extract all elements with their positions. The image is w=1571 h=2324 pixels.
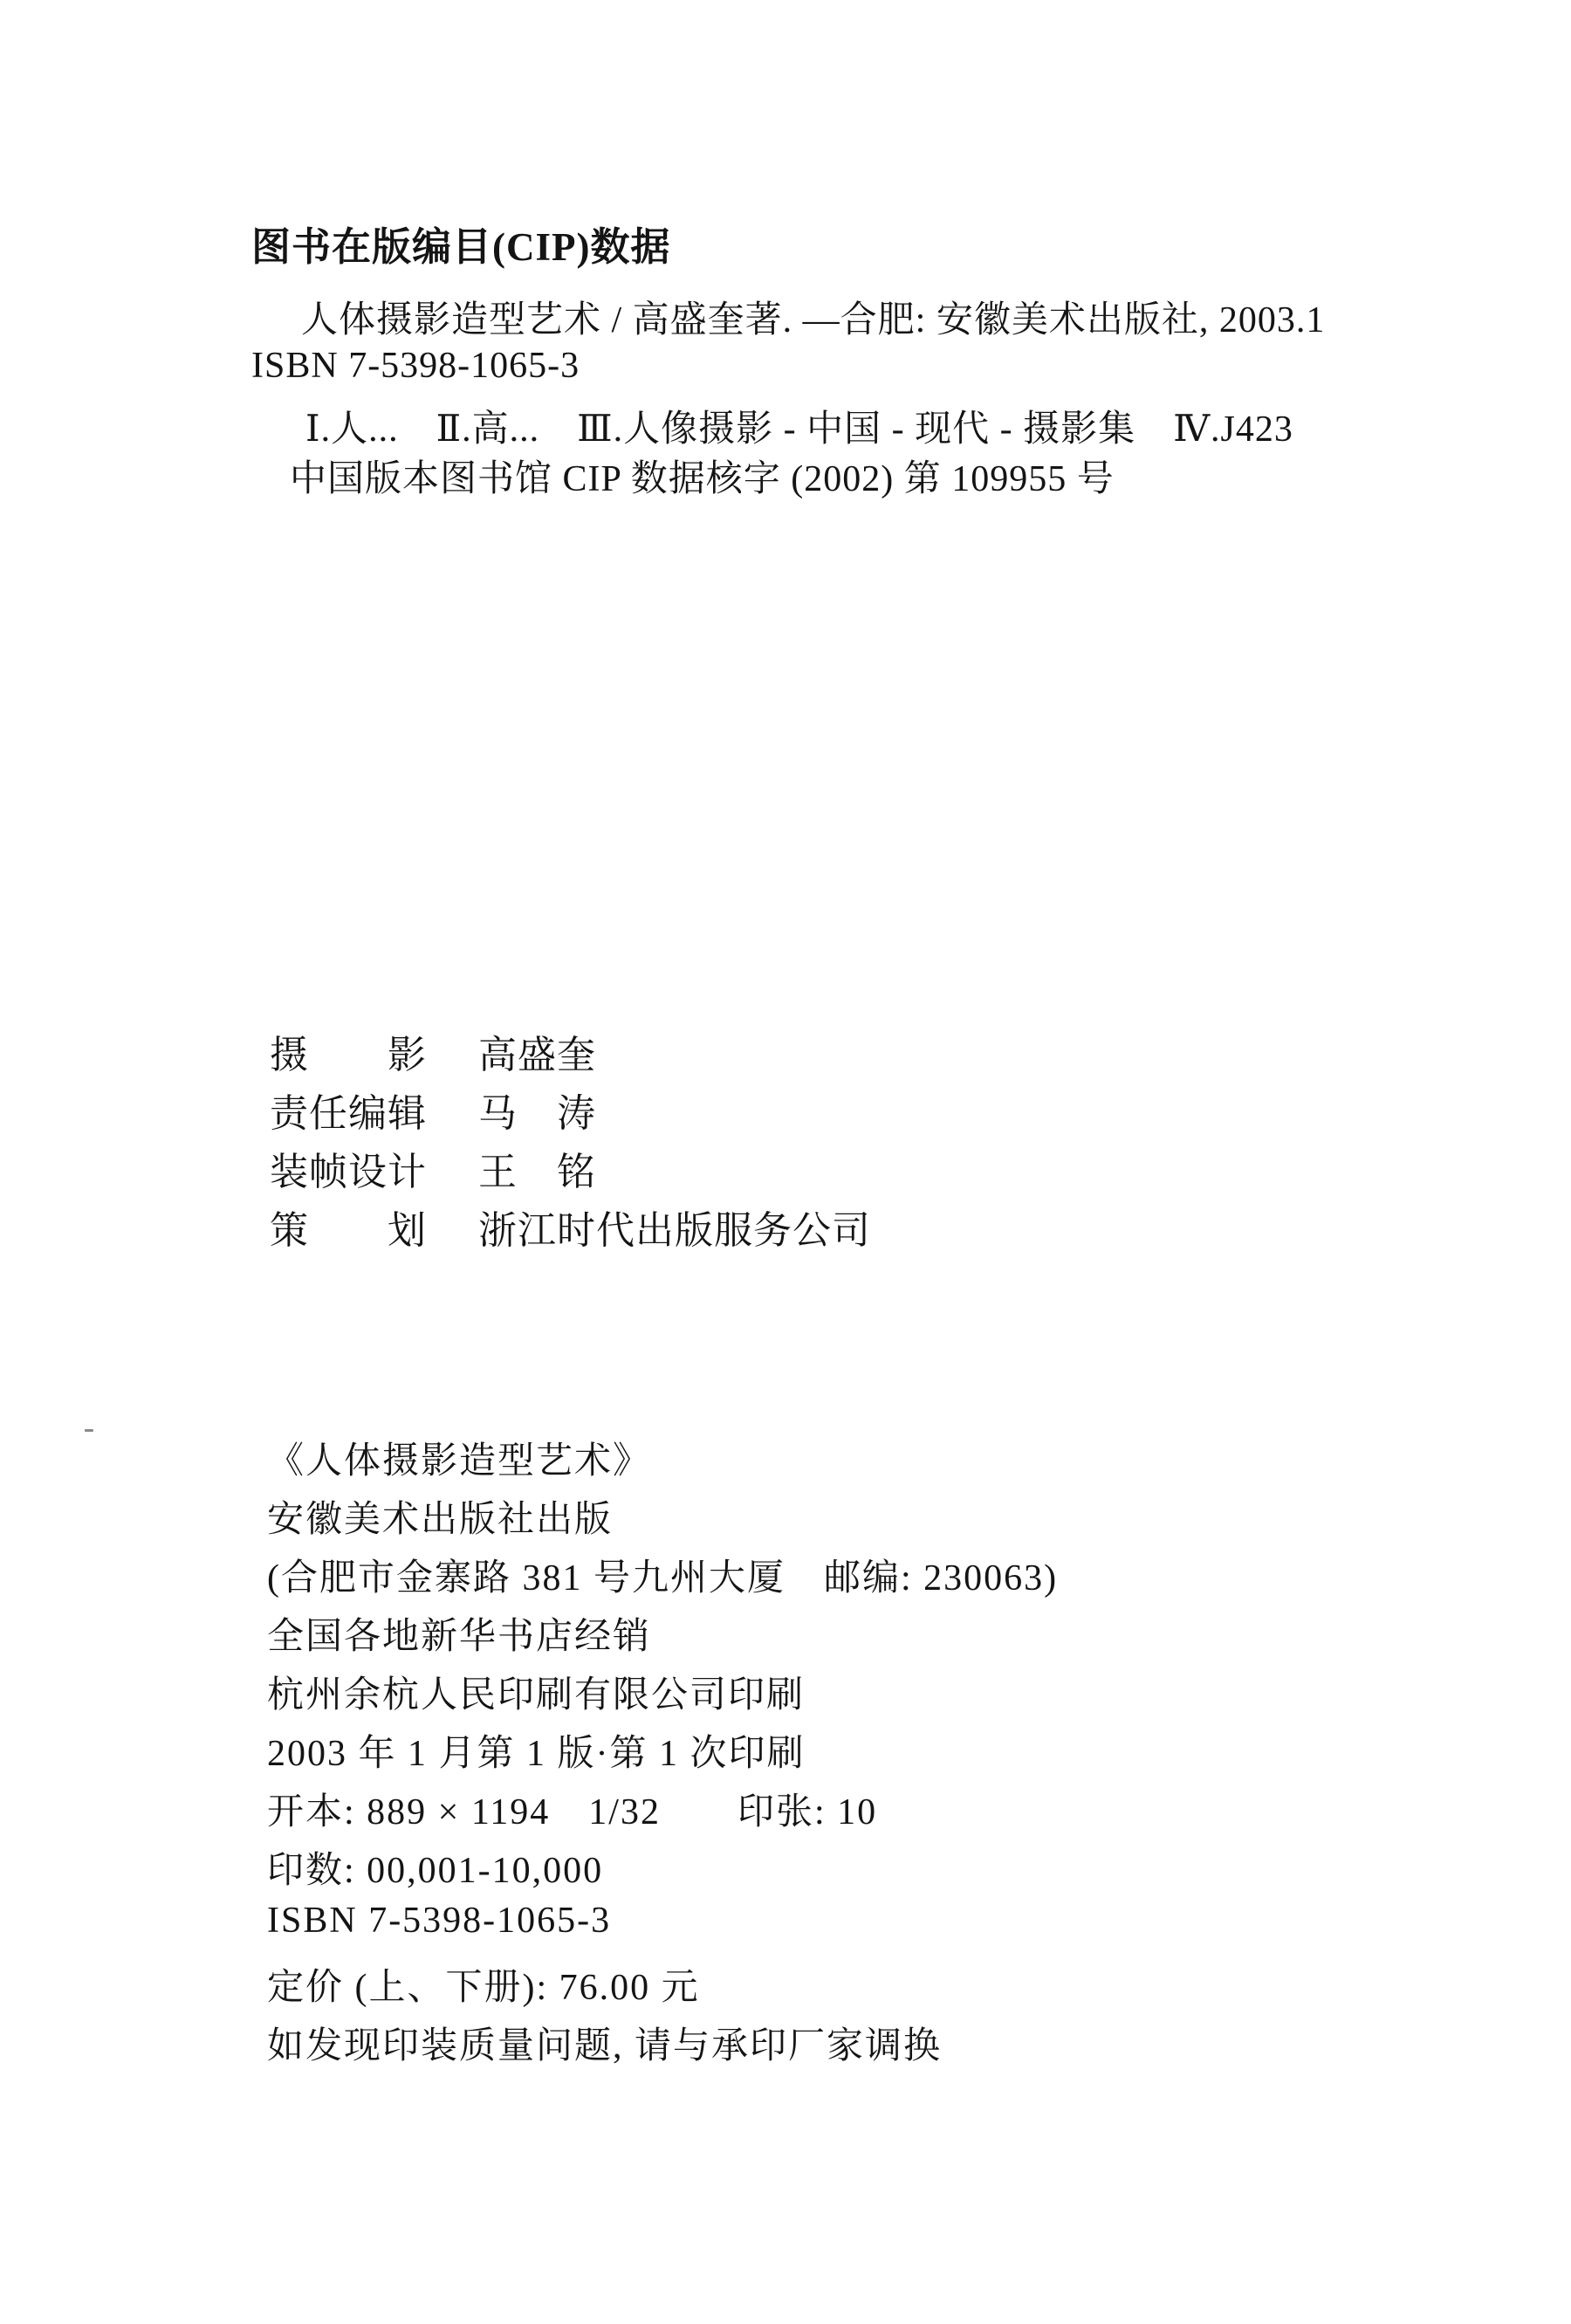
book-title-line: 《人体摄影造型艺术》 <box>267 1432 651 1481</box>
credit-row-editor: 责任编辑 马 涛 <box>270 1082 596 1131</box>
credit-role-label: 责任编辑 <box>270 1082 468 1138</box>
credit-name-value: 浙江时代出版服务公司 <box>478 1199 871 1255</box>
credit-name-value: 马 涛 <box>478 1082 596 1138</box>
scan-artifact-mark <box>85 1429 93 1432</box>
credit-row-photographer: 摄 影 高盛奎 <box>270 1023 596 1072</box>
price-line: 定价 (上、下册): 76.00 元 <box>267 1958 700 2007</box>
credit-name-value: 王 铭 <box>478 1140 596 1196</box>
credit-role-label: 装帧设计 <box>270 1140 468 1196</box>
printer-line: 杭州余杭人民印刷有限公司印刷 <box>267 1666 805 1715</box>
quality-notice-line: 如发现印装质量问题, 请与承印厂家调换 <box>267 2017 942 2066</box>
cip-header: 图书在版编目(CIP)数据 <box>251 215 670 272</box>
credit-role-label: 策 划 <box>270 1199 468 1255</box>
credit-row-planner: 策 划 浙江时代出版服务公司 <box>270 1199 871 1248</box>
cip-classification-line: Ⅰ.人... Ⅱ.高... Ⅲ.人像摄影 - 中国 - 现代 - 摄影集 Ⅳ.J… <box>305 400 1293 452</box>
cip-title-author-line: 人体摄影造型艺术 / 高盛奎著. —合肥: 安徽美术出版社, 2003.1 <box>301 291 1325 343</box>
cip-record-number-line: 中国版本图书馆 CIP 数据核字 (2002) 第 109955 号 <box>290 450 1115 502</box>
publisher-address-line: (合肥市金寨路 381 号九州大厦 邮编: 230063) <box>267 1549 1058 1598</box>
credit-role-label: 摄 影 <box>270 1023 468 1079</box>
credit-row-designer: 装帧设计 王 铭 <box>270 1140 596 1189</box>
isbn-line: ISBN 7-5398-1065-3 <box>267 1900 611 1949</box>
book-copyright-page: 图书在版编目(CIP)数据 人体摄影造型艺术 / 高盛奎著. —合肥: 安徽美术… <box>0 0 1571 2324</box>
edition-line: 2003 年 1 月第 1 版·第 1 次印刷 <box>267 1724 806 1773</box>
distribution-line: 全国各地新华书店经销 <box>267 1607 651 1656</box>
publisher-line: 安徽美术出版社出版 <box>267 1490 613 1539</box>
cip-isbn-line: ISBN 7-5398-1065-3 <box>251 345 580 387</box>
format-sheets-line: 开本: 889 × 1194 1/32 印张: 10 <box>267 1783 877 1832</box>
credit-name-value: 高盛奎 <box>478 1023 596 1079</box>
print-run-line: 印数: 00,001-10,000 <box>267 1841 603 1890</box>
cip-block: 图书在版编目(CIP)数据 人体摄影造型艺术 / 高盛奎著. —合肥: 安徽美术… <box>251 215 1473 503</box>
